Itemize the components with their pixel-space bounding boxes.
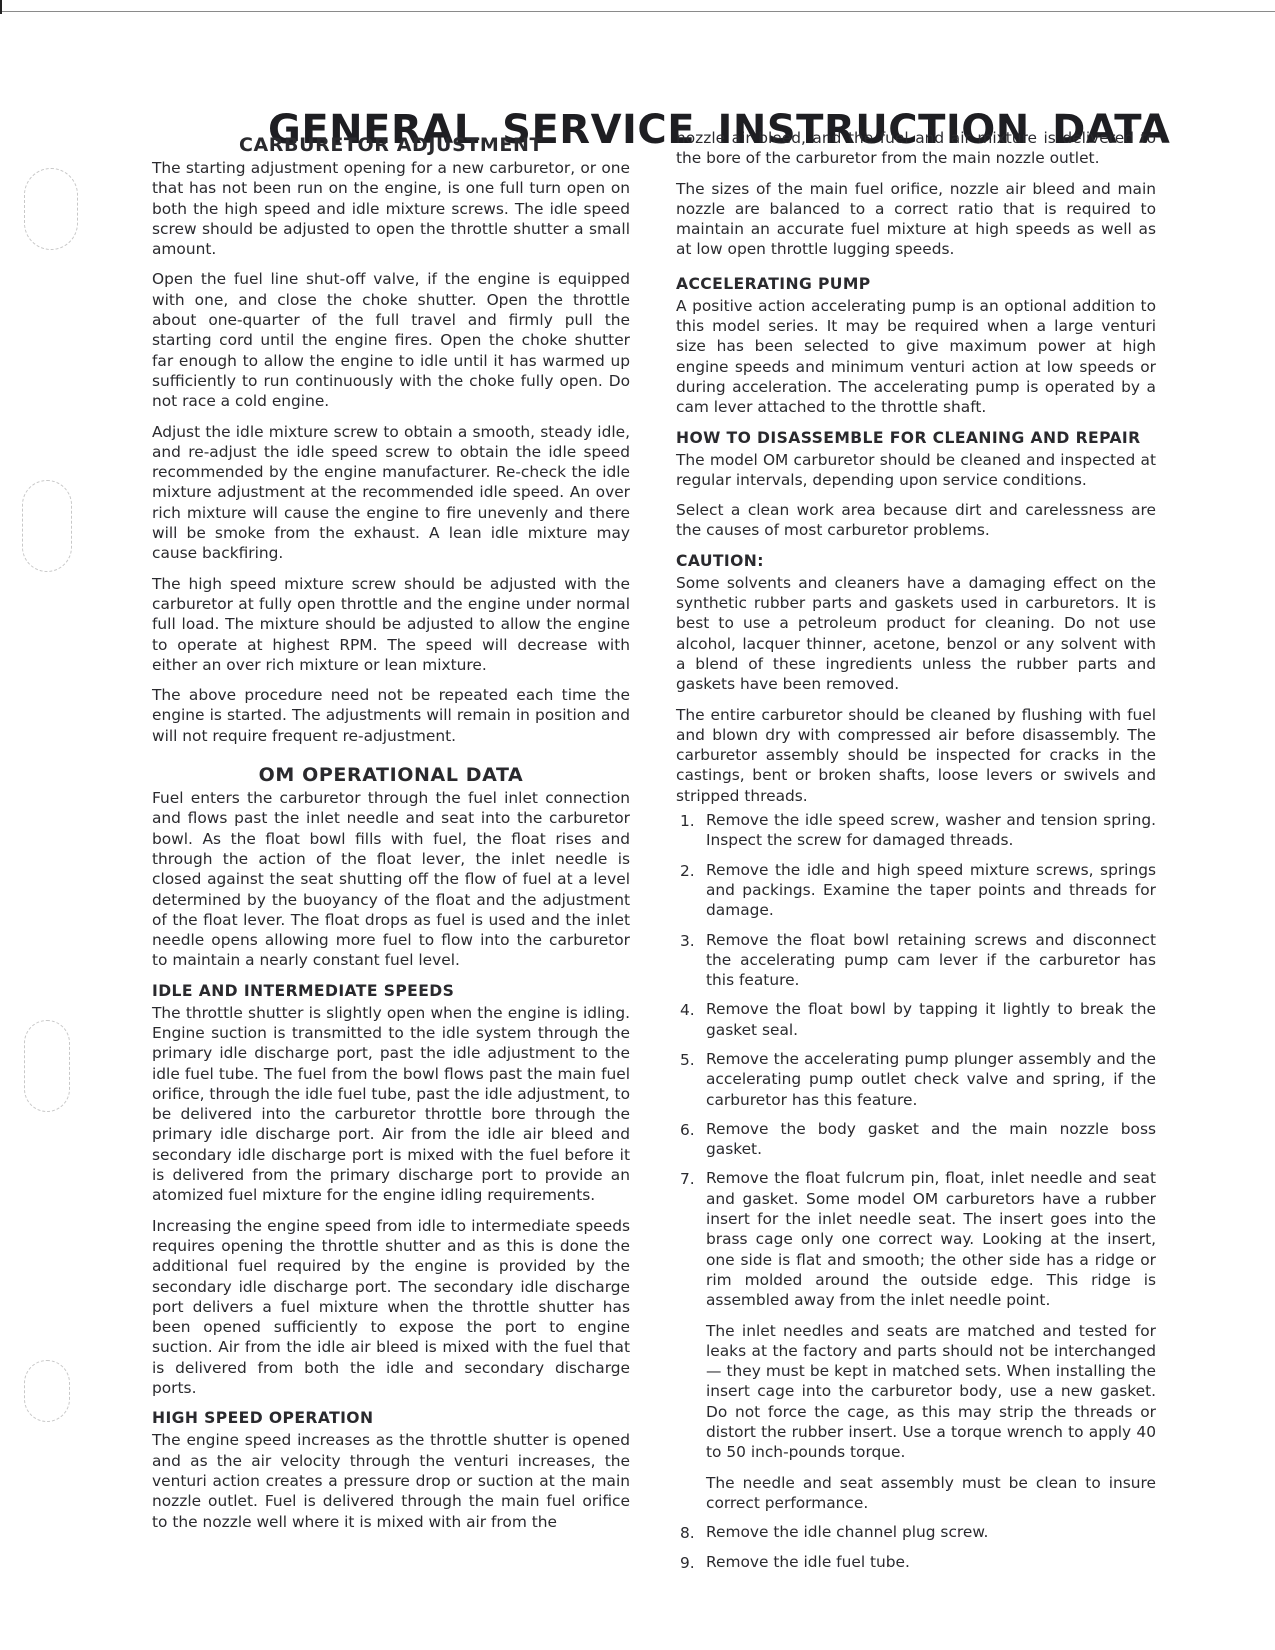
paragraph: Select a clean work area because dirt an… <box>676 500 1156 541</box>
paragraph: The above procedure need not be repeated… <box>152 685 630 746</box>
binder-hole-3 <box>24 1020 70 1112</box>
step-text: Remove the idle fuel tube. <box>706 1553 910 1571</box>
list-item-step-5: 5.Remove the accelerating pump plunger a… <box>676 1049 1156 1110</box>
paragraph: The high speed mixture screw should be a… <box>152 574 630 675</box>
list-item-step-4: 4.Remove the float bowl by tapping it li… <box>676 999 1156 1040</box>
step-number: 8. <box>680 1523 695 1543</box>
step-number: 9. <box>680 1553 695 1573</box>
section-idle-intermediate-speeds: IDLE AND INTERMEDIATE SPEEDS The throttl… <box>152 981 630 1399</box>
binder-hole-1 <box>24 168 78 250</box>
list-item-step-3: 3.Remove the float bowl retaining screws… <box>676 930 1156 991</box>
list-item-step-9: 9.Remove the idle fuel tube. <box>676 1552 1156 1572</box>
binder-hole-4 <box>24 1360 70 1422</box>
step-text: Remove the idle speed screw, washer and … <box>706 811 1156 849</box>
step-text: Remove the body gasket and the main nozz… <box>706 1120 1156 1158</box>
section-disassemble: HOW TO DISASSEMBLE FOR CLEANING AND REPA… <box>676 428 1156 541</box>
paragraph: A positive action accelerating pump is a… <box>676 296 1156 418</box>
step-number: 7. <box>680 1169 695 1189</box>
step-number: 5. <box>680 1050 695 1070</box>
paragraph: Adjust the idle mixture screw to obtain … <box>152 422 630 564</box>
paragraph: The engine speed increases as the thrott… <box>152 1430 630 1531</box>
section-heading: IDLE AND INTERMEDIATE SPEEDS <box>152 981 630 1001</box>
binder-hole-2 <box>22 480 72 572</box>
section-caution: CAUTION: Some solvents and cleaners have… <box>676 551 1156 806</box>
step-note: The needle and seat assembly must be cle… <box>706 1473 1156 1514</box>
section-accelerating-pump: ACCELERATING PUMP A positive action acce… <box>676 274 1156 418</box>
list-item-step-1: 1.Remove the idle speed screw, washer an… <box>676 810 1156 851</box>
section-heading: HOW TO DISASSEMBLE FOR CLEANING AND REPA… <box>676 428 1156 448</box>
section-heading: OM OPERATIONAL DATA <box>152 764 630 786</box>
list-item-step-2: 2.Remove the idle and high speed mixture… <box>676 860 1156 921</box>
step-text: Remove the idle channel plug screw. <box>706 1523 988 1541</box>
page-top-rule <box>0 11 1275 12</box>
section-carburetor-adjustment: CARBURETOR ADJUSTMENT The starting adjus… <box>152 134 630 746</box>
step-text: Remove the float bowl by tapping it ligh… <box>706 1000 1156 1038</box>
paragraph: Increasing the engine speed from idle to… <box>152 1216 630 1399</box>
paragraph: nozzle air bleed, and the fuel and air m… <box>676 128 1156 169</box>
right-column: nozzle air bleed, and the fuel and air m… <box>676 128 1156 1581</box>
disassembly-steps-list: 1.Remove the idle speed screw, washer an… <box>676 810 1156 1572</box>
paragraph: The model OM carburetor should be cleane… <box>676 450 1156 491</box>
step-text: Remove the accelerating pump plunger ass… <box>706 1050 1156 1109</box>
paragraph: Open the fuel line shut-off valve, if th… <box>152 269 630 411</box>
section-high-speed-operation: HIGH SPEED OPERATION The engine speed in… <box>152 1408 630 1531</box>
section-heading: CARBURETOR ADJUSTMENT <box>152 134 630 156</box>
step-text: Remove the idle and high speed mixture s… <box>706 861 1156 920</box>
step-text: Remove the float bowl retaining screws a… <box>706 931 1156 990</box>
page-corner-mark <box>0 0 2 14</box>
caution-heading: CAUTION: <box>676 551 1156 571</box>
list-item-step-6: 6.Remove the body gasket and the main no… <box>676 1119 1156 1160</box>
step-number: 2. <box>680 861 695 881</box>
section-om-operational-data: OM OPERATIONAL DATA Fuel enters the carb… <box>152 764 630 971</box>
step-number: 3. <box>680 931 695 951</box>
list-item-step-8: 8.Remove the idle channel plug screw. <box>676 1522 1156 1542</box>
paragraph: The starting adjustment opening for a ne… <box>152 158 630 259</box>
list-item-step-7: 7.Remove the float fulcrum pin, float, i… <box>676 1168 1156 1513</box>
step-number: 4. <box>680 1000 695 1020</box>
paragraph: Fuel enters the carburetor through the f… <box>152 788 630 971</box>
paragraph: The entire carburetor should be cleaned … <box>676 705 1156 806</box>
step-number: 1. <box>680 811 695 831</box>
paragraph: The throttle shutter is slightly open wh… <box>152 1003 630 1206</box>
section-heading: HIGH SPEED OPERATION <box>152 1408 630 1428</box>
left-column: CARBURETOR ADJUSTMENT The starting adjus… <box>152 134 630 1542</box>
paragraph: Some solvents and cleaners have a damagi… <box>676 573 1156 695</box>
step-note: The inlet needles and seats are matched … <box>706 1321 1156 1463</box>
step-number: 6. <box>680 1120 695 1140</box>
paragraph: The sizes of the main fuel orifice, nozz… <box>676 179 1156 260</box>
step-text: Remove the float fulcrum pin, float, inl… <box>706 1169 1156 1309</box>
section-heading: ACCELERATING PUMP <box>676 274 1156 294</box>
